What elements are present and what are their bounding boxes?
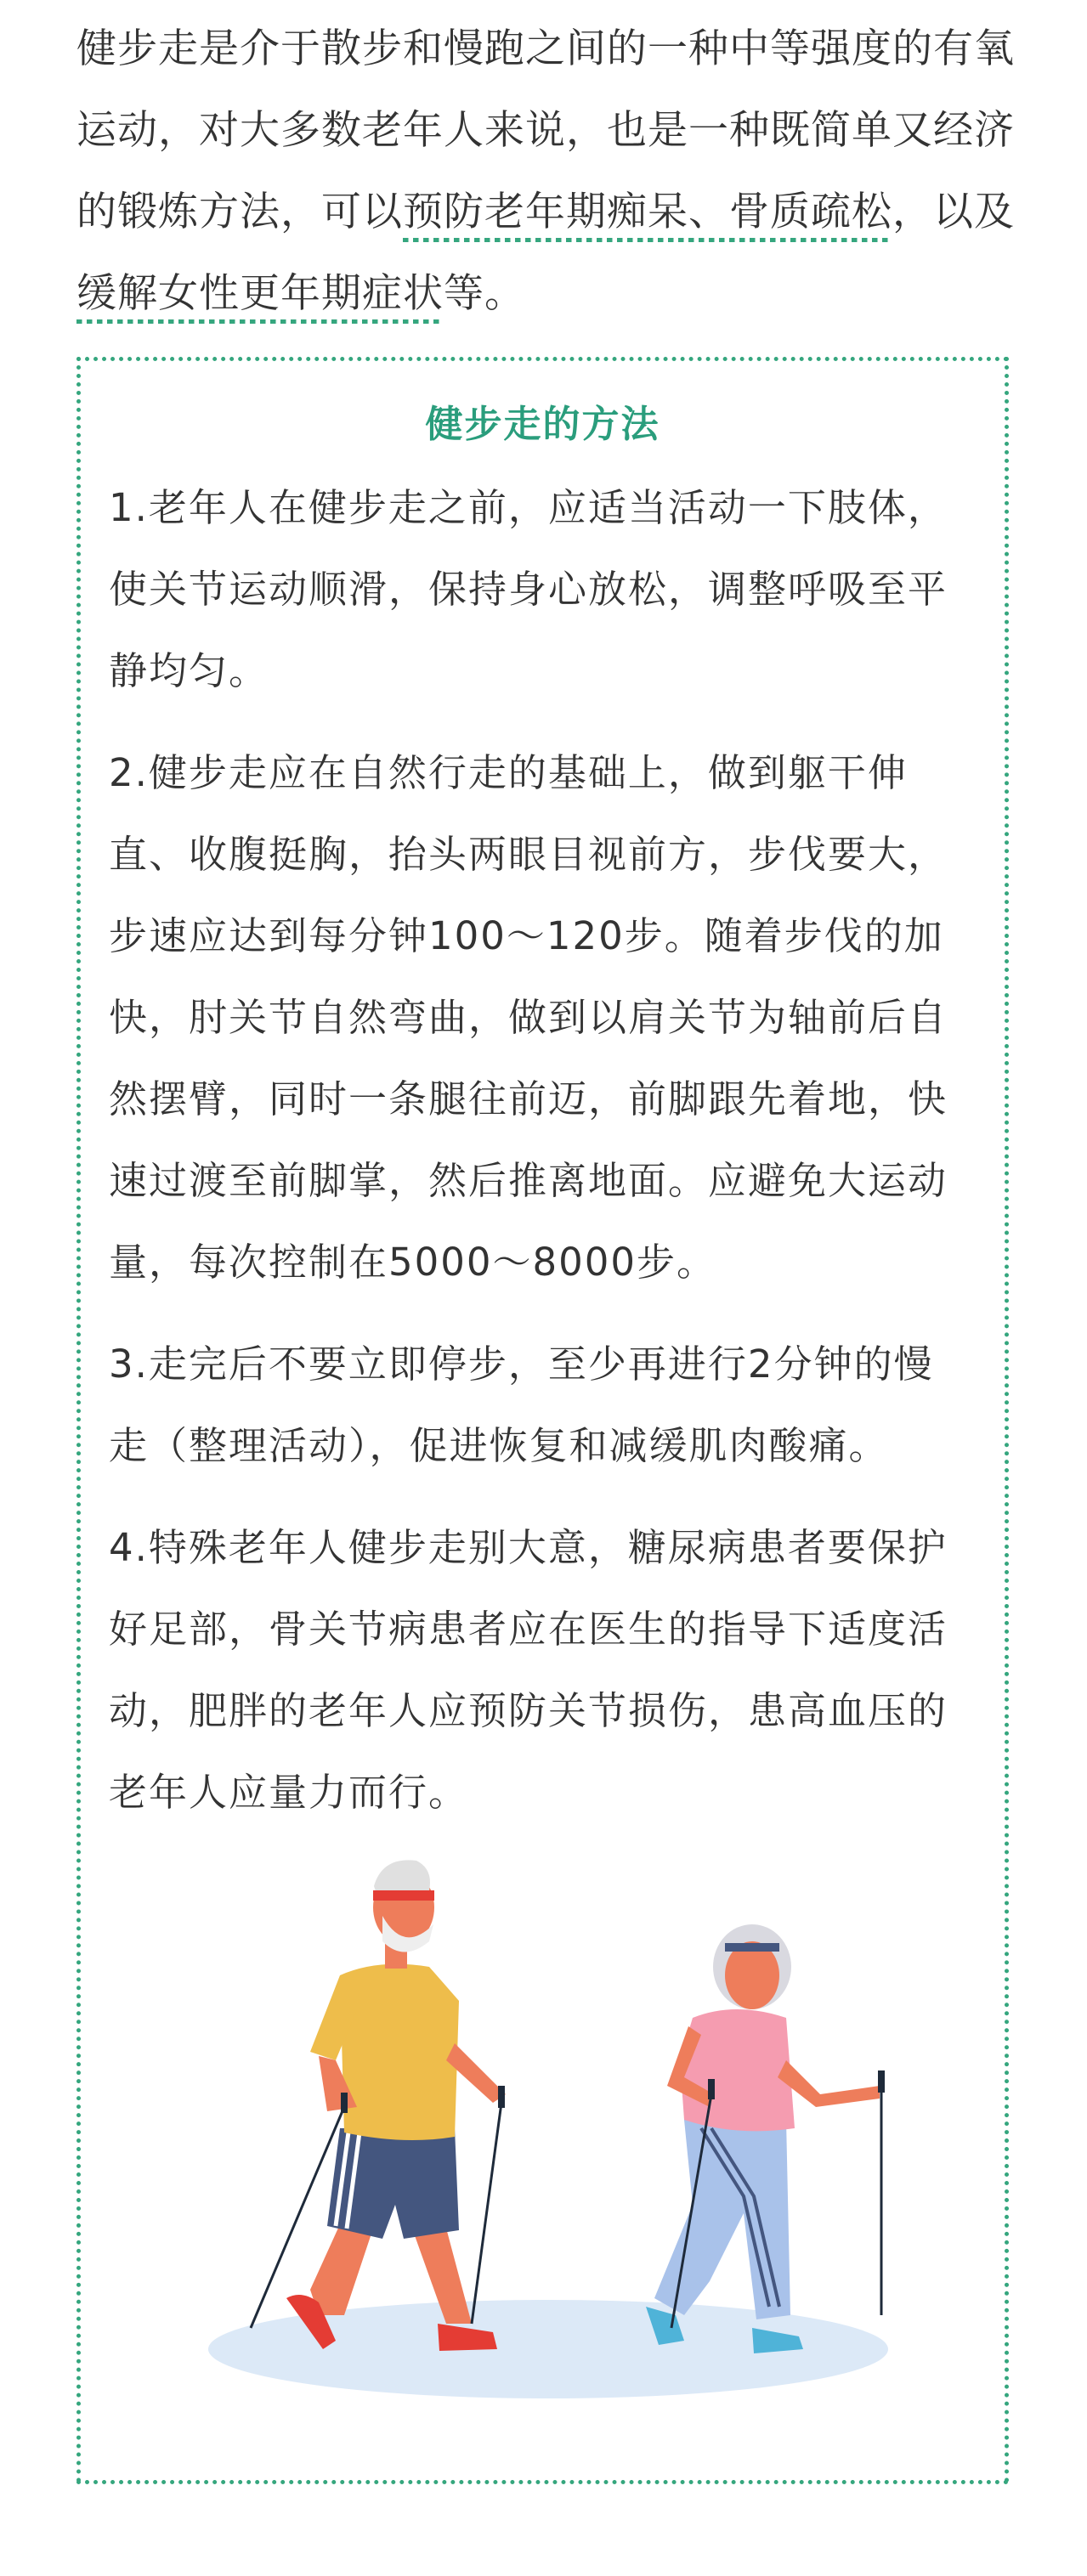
intro-line: 的锻炼方法，可以预防老年期痴呆、骨质疏松，以及 — [76, 172, 1020, 253]
step-line: 量，每次控制在5000～8000步。 — [109, 1222, 984, 1303]
intro-line: 健步走是介于散步和慢跑之间的一种中等强度的有氧 — [76, 8, 1020, 90]
step-line: 好足部，骨关节病患者应在医生的指导下适度活 — [109, 1589, 984, 1670]
woman-figure — [646, 1924, 885, 2353]
intro-line: 运动，对大多数老年人来说，也是一种既简单又经济 — [76, 90, 1020, 172]
intro-text: 的锻炼方法，可以 — [76, 189, 403, 235]
methods-title: 健步走的方法 — [81, 393, 1005, 448]
step-line: 4.特殊老年人健步走别大意，糖尿病患者要保护 — [109, 1507, 984, 1589]
step-item: 2.健步走应在自然行走的基础上，做到躯干伸 直、收腹挺胸，抬头两眼目视前方，步伐… — [109, 732, 984, 1303]
highlighted-phrase: 缓解女性更年期症状 — [76, 270, 444, 324]
methods-steps: 1.老年人在健步走之前，应适当活动一下肢体， 使关节运动顺滑，保持身心放松，调整… — [109, 467, 984, 1854]
step-line: 静均匀。 — [109, 630, 984, 712]
intro-paragraph: 健步走是介于散步和慢跑之间的一种中等强度的有氧 运动，对大多数老年人来说，也是一… — [76, 8, 1020, 335]
step-line: 直、收腹挺胸，抬头两眼目视前方，步伐要大， — [109, 814, 984, 895]
highlighted-phrase: 预防老年期痴呆、骨质疏松 — [403, 189, 892, 242]
step-line: 3.走完后不要立即停步，至少再进行2分钟的慢 — [109, 1324, 984, 1405]
intro-text: ，以及 — [892, 189, 1015, 235]
step-line: 走（整理活动），促进恢复和减缓肌肉酸痛。 — [109, 1405, 984, 1487]
step-line: 快，肘关节自然弯曲，做到以肩关节为轴前后自 — [109, 977, 984, 1059]
step-item: 1.老年人在健步走之前，应适当活动一下肢体， 使关节运动顺滑，保持身心放松，调整… — [109, 467, 984, 712]
step-line: 1.老年人在健步走之前，应适当活动一下肢体， — [109, 467, 984, 549]
step-line: 然摆臂，同时一条腿往前迈，前脚跟先着地，快 — [109, 1059, 984, 1140]
man-figure — [251, 1860, 506, 2351]
step-line: 使关节运动顺滑，保持身心放松，调整呼吸至平 — [109, 549, 984, 630]
step-item: 3.走完后不要立即停步，至少再进行2分钟的慢 走（整理活动），促进恢复和减缓肌肉… — [109, 1324, 984, 1487]
walking-couple-illustration — [191, 1805, 956, 2417]
intro-line: 缓解女性更年期症状等。 — [76, 253, 1020, 335]
step-line: 步速应达到每分钟100～120步。随着步伐的加 — [109, 895, 984, 977]
step-line: 2.健步走应在自然行走的基础上，做到躯干伸 — [109, 732, 984, 814]
methods-box: 健步走的方法 1.老年人在健步走之前，应适当活动一下肢体， 使关节运动顺滑，保持… — [76, 357, 1009, 2484]
step-line: 速过渡至前脚掌，然后推离地面。应避免大运动 — [109, 1140, 984, 1222]
step-line: 动，肥胖的老年人应预防关节损伤，患高血压的 — [109, 1670, 984, 1752]
intro-text: 等。 — [444, 270, 525, 317]
step-item: 4.特殊老年人健步走别大意，糖尿病患者要保护 好足部，骨关节病患者应在医生的指导… — [109, 1507, 984, 1833]
